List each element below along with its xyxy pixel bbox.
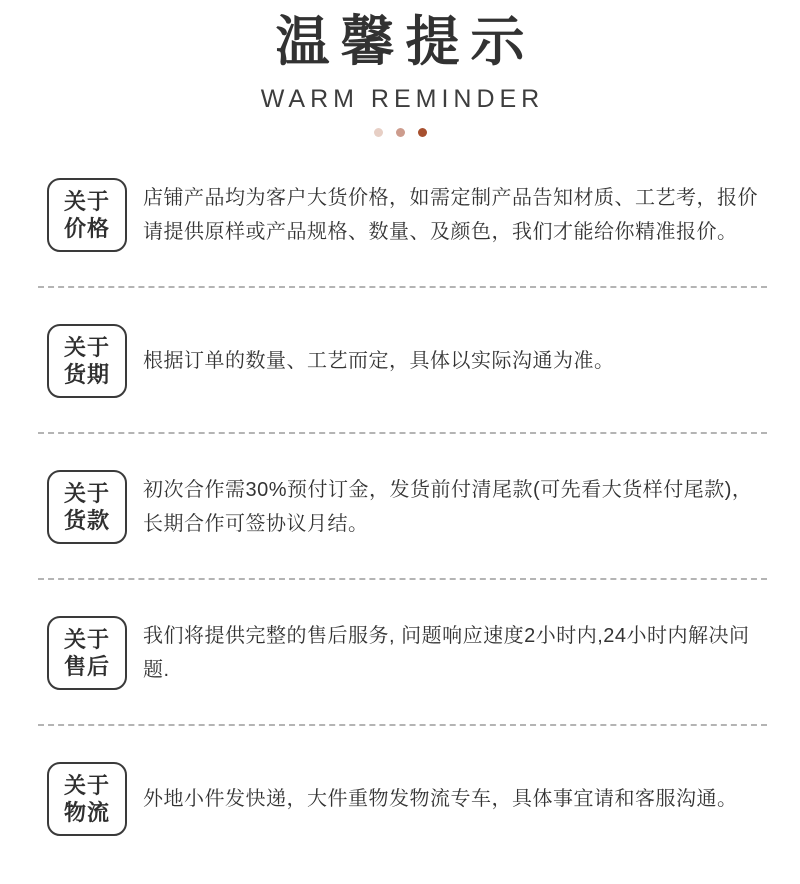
dashed-divider — [38, 724, 767, 726]
section-text-logistics: 外地小件发快递，大件重物发物流专车，具体事宜请和客服沟通。 — [143, 782, 767, 816]
label-line: 价格 — [64, 215, 110, 242]
section-text-payment: 初次合作需30%预付订金，发货前付清尾款(可先看大货样付尾款)，长期合作可签协议… — [143, 473, 767, 541]
section-text-price: 店铺产品均为客户大货价格，如需定制产品告知材质、工艺考，报价请提供原样或产品规格… — [143, 181, 767, 249]
section-price: 关于 价格 店铺产品均为客户大货价格，如需定制产品告知材质、工艺考，报价请提供原… — [0, 178, 800, 252]
dashed-divider — [38, 432, 767, 434]
decor-dots — [0, 128, 800, 137]
label-line: 物流 — [64, 799, 110, 826]
decor-dot-dark — [418, 128, 427, 137]
section-aftersales: 关于 售后 我们将提供完整的售后服务, 问题响应速度2小时内,24小时内解决问题… — [0, 616, 800, 690]
section-label-aftersales: 关于 售后 — [47, 616, 127, 690]
section-label-logistics: 关于 物流 — [47, 762, 127, 836]
page-title: 温馨提示 — [0, 12, 800, 72]
page-header: 温馨提示 WARM REMINDER — [0, 0, 800, 137]
label-line: 关于 — [64, 188, 110, 215]
decor-dot-medium — [396, 128, 405, 137]
section-leadtime: 关于 货期 根据订单的数量、工艺而定，具体以实际沟通为准。 — [0, 324, 800, 398]
warm-reminder-page: 温馨提示 WARM REMINDER 关于 价格 店铺产品均为客户大货价格，如需… — [0, 0, 800, 884]
decor-dot-light — [374, 128, 383, 137]
label-line: 货款 — [64, 507, 110, 534]
label-line: 关于 — [64, 626, 110, 653]
page-subtitle: WARM REMINDER — [0, 86, 800, 112]
label-line: 关于 — [64, 772, 110, 799]
section-logistics: 关于 物流 外地小件发快递，大件重物发物流专车，具体事宜请和客服沟通。 — [0, 762, 800, 836]
notice-sections: 关于 价格 店铺产品均为客户大货价格，如需定制产品告知材质、工艺考，报价请提供原… — [0, 178, 800, 836]
label-line: 货期 — [64, 361, 110, 388]
dashed-divider — [38, 286, 767, 288]
section-label-leadtime: 关于 货期 — [47, 324, 127, 398]
label-line: 关于 — [64, 334, 110, 361]
section-text-leadtime: 根据订单的数量、工艺而定，具体以实际沟通为准。 — [143, 344, 767, 378]
dashed-divider — [38, 578, 767, 580]
section-text-aftersales: 我们将提供完整的售后服务, 问题响应速度2小时内,24小时内解决问题. — [143, 619, 767, 687]
section-label-payment: 关于 货款 — [47, 470, 127, 544]
label-line: 售后 — [64, 653, 110, 680]
section-label-price: 关于 价格 — [47, 178, 127, 252]
label-line: 关于 — [64, 480, 110, 507]
section-payment: 关于 货款 初次合作需30%预付订金，发货前付清尾款(可先看大货样付尾款)，长期… — [0, 470, 800, 544]
